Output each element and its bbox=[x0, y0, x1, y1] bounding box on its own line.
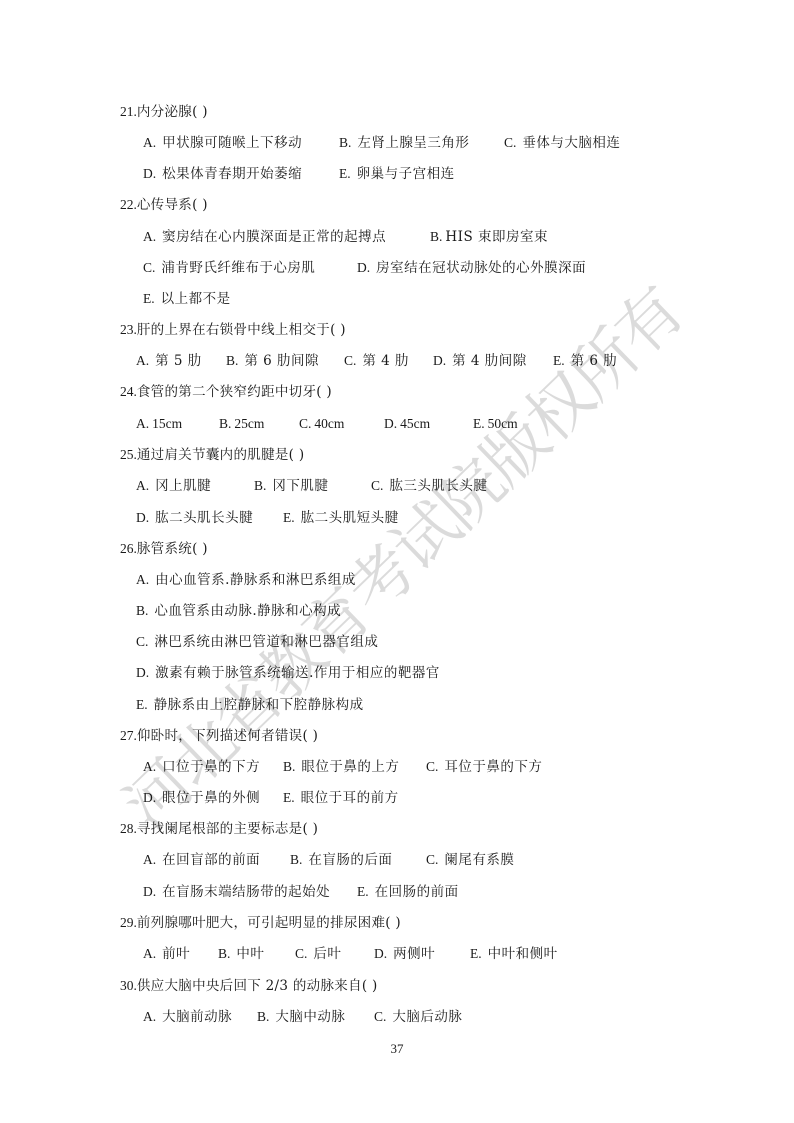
option-text: 冈下肌腱 bbox=[272, 478, 328, 494]
option-text: 在盲肠的后面 bbox=[308, 852, 392, 868]
option-letter: B. bbox=[339, 135, 351, 150]
option-letter: E. bbox=[553, 353, 565, 368]
question-text: 内分泌腺( ) bbox=[137, 104, 208, 120]
question-text: 供应大脑中央后回下 2/3 的动脉来自( ) bbox=[137, 978, 378, 994]
option-text: 中叶 bbox=[236, 946, 264, 962]
option-letter: D. bbox=[357, 260, 370, 275]
option-text: 15cm bbox=[152, 416, 182, 431]
q26-option-a: A.由心血管系.静脉系和淋巴系组成 bbox=[136, 571, 356, 589]
option-text: 肱二头肌短头腱 bbox=[301, 510, 399, 526]
q27-option-b: B.眼位于鼻的上方 bbox=[283, 758, 399, 776]
option-text: 松果体青春期开始萎缩 bbox=[162, 166, 302, 182]
option-letter: D. bbox=[143, 884, 156, 899]
q26-option-b: B.心血管系由动脉.静脉和心构成 bbox=[136, 602, 341, 620]
question-30-stem: 30.供应大脑中央后回下 2/3 的动脉来自( ) bbox=[120, 977, 378, 995]
page-number: 37 bbox=[0, 1041, 794, 1057]
q28-option-e: E.在回肠的前面 bbox=[357, 883, 459, 901]
question-28-stem: 28.寻找阑尾根部的主要标志是( ) bbox=[120, 820, 318, 838]
option-letter: E. bbox=[283, 790, 295, 805]
option-letter: D. bbox=[374, 946, 387, 961]
q27-option-d: D.眼位于鼻的外侧 bbox=[143, 789, 260, 807]
question-text: 脉管系统( ) bbox=[137, 541, 208, 557]
option-letter: A. bbox=[136, 353, 149, 368]
option-letter: A. bbox=[136, 572, 149, 587]
question-text: 食管的第二个狭窄约距中切牙( ) bbox=[137, 384, 332, 400]
option-letter: B. bbox=[226, 353, 238, 368]
option-letter: C. bbox=[299, 416, 311, 431]
option-letter: B. bbox=[218, 946, 230, 961]
option-text: 后叶 bbox=[313, 946, 341, 962]
q23-option-e: E.第 6 肋 bbox=[553, 352, 617, 370]
question-24-stem: 24.食管的第二个狭窄约距中切牙( ) bbox=[120, 383, 332, 401]
option-text: 第 5 肋 bbox=[155, 353, 202, 369]
q24-option-a: A.15cm bbox=[136, 415, 182, 433]
question-text: 仰卧时，下列描述何者错误( ) bbox=[137, 728, 318, 744]
option-text: 窦房结在心内膜深面是正常的起搏点 bbox=[162, 229, 386, 245]
option-text: 眼位于鼻的外侧 bbox=[162, 790, 260, 806]
option-letter: A. bbox=[143, 759, 156, 774]
option-text: 眼位于耳的前方 bbox=[301, 790, 399, 806]
question-number: 23. bbox=[120, 322, 137, 337]
option-text: 40cm bbox=[314, 416, 344, 431]
option-text: 大脑中动脉 bbox=[275, 1009, 345, 1025]
option-letter: A. bbox=[143, 946, 156, 961]
q27-option-a: A.口位于鼻的下方 bbox=[143, 758, 260, 776]
option-text: 口位于鼻的下方 bbox=[162, 759, 260, 775]
option-letter: C. bbox=[344, 353, 356, 368]
option-letter: E. bbox=[470, 946, 482, 961]
option-letter: B. bbox=[290, 852, 302, 867]
question-29-stem: 29.前列腺哪叶肥大，可引起明显的排尿困难( ) bbox=[120, 914, 401, 932]
option-text: 在回肠的前面 bbox=[375, 884, 459, 900]
option-text: 左肾上腺呈三角形 bbox=[357, 135, 469, 151]
option-letter: A. bbox=[143, 852, 156, 867]
question-number: 29. bbox=[120, 915, 137, 930]
option-text: 由心血管系.静脉系和淋巴系组成 bbox=[155, 572, 356, 588]
option-text: 静脉系由上腔静脉和下腔静脉构成 bbox=[154, 697, 364, 713]
q22-option-a: A.窦房结在心内膜深面是正常的起搏点 bbox=[143, 228, 386, 246]
q27-option-e: E.眼位于耳的前方 bbox=[283, 789, 399, 807]
option-text: 淋巴系统由淋巴管道和淋巴器官组成 bbox=[154, 634, 378, 650]
q26-option-c: C.淋巴系统由淋巴管道和淋巴器官组成 bbox=[136, 633, 378, 651]
option-letter: D. bbox=[136, 665, 149, 680]
option-letter: C. bbox=[426, 759, 438, 774]
q27-option-c: C.耳位于鼻的下方 bbox=[426, 758, 542, 776]
option-letter: B. bbox=[254, 478, 266, 493]
option-letter: C. bbox=[295, 946, 307, 961]
option-letter: A. bbox=[136, 478, 149, 493]
q23-option-d: D.第 4 肋间隙 bbox=[433, 352, 527, 370]
q24-option-b: B.25cm bbox=[219, 415, 264, 433]
option-letter: A. bbox=[143, 1009, 156, 1024]
option-text: 浦肯野氏纤维布于心房肌 bbox=[161, 260, 315, 276]
option-text: 阑尾有系膜 bbox=[444, 852, 514, 868]
q29-option-b: B.中叶 bbox=[218, 945, 264, 963]
option-text: 以上都不是 bbox=[161, 291, 231, 307]
option-text: 两侧叶 bbox=[393, 946, 435, 962]
question-22-stem: 22.心传导系( ) bbox=[120, 196, 208, 214]
option-letter: A. bbox=[143, 229, 156, 244]
option-text: 卵巢与子宫相连 bbox=[357, 166, 455, 182]
question-number: 24. bbox=[120, 384, 137, 399]
q23-option-c: C.第 4 肋 bbox=[344, 352, 409, 370]
option-text: 甲状腺可随喉上下移动 bbox=[162, 135, 302, 151]
question-text: 肝的上界在右锁骨中线上相交于( ) bbox=[137, 322, 346, 338]
question-text: 寻找阑尾根部的主要标志是( ) bbox=[137, 821, 318, 837]
question-number: 21. bbox=[120, 104, 137, 119]
option-letter: E. bbox=[143, 291, 155, 306]
q25-option-b: B.冈下肌腱 bbox=[254, 477, 328, 495]
question-25-stem: 25.通过肩关节囊内的肌腱是( ) bbox=[120, 446, 304, 464]
q24-option-d: D.45cm bbox=[384, 415, 430, 433]
option-text: 45cm bbox=[400, 416, 430, 431]
option-text: 肱二头肌长头腱 bbox=[155, 510, 253, 526]
q21-option-c: C.垂体与大脑相连 bbox=[504, 134, 620, 152]
option-text: 大脑后动脉 bbox=[392, 1009, 462, 1025]
q26-option-d: D.激素有赖于脉管系统输送.作用于相应的靶器官 bbox=[136, 664, 440, 682]
q21-option-b: B.左肾上腺呈三角形 bbox=[339, 134, 469, 152]
q25-option-e: E.肱二头肌短头腱 bbox=[283, 509, 399, 527]
question-text: 心传导系( ) bbox=[137, 197, 208, 213]
question-number: 22. bbox=[120, 197, 137, 212]
option-text: 第 4 肋间隙 bbox=[452, 353, 527, 369]
option-text: 耳位于鼻的下方 bbox=[444, 759, 542, 775]
question-number: 28. bbox=[120, 821, 137, 836]
option-letter: D. bbox=[143, 166, 156, 181]
q26-option-e: E.静脉系由上腔静脉和下腔静脉构成 bbox=[136, 696, 364, 714]
q30-option-a: A.大脑前动脉 bbox=[143, 1008, 232, 1026]
q21-option-e: E.卵巢与子宫相连 bbox=[339, 165, 455, 183]
option-text: 激素有赖于脉管系统输送.作用于相应的靶器官 bbox=[155, 665, 440, 681]
q21-option-d: D.松果体青春期开始萎缩 bbox=[143, 165, 302, 183]
option-text: 前叶 bbox=[162, 946, 190, 962]
question-number: 25. bbox=[120, 447, 137, 462]
option-letter: B. bbox=[136, 603, 148, 618]
option-text: 中叶和侧叶 bbox=[488, 946, 558, 962]
option-letter: E. bbox=[473, 416, 485, 431]
option-letter: D. bbox=[384, 416, 397, 431]
q28-option-c: C.阑尾有系膜 bbox=[426, 851, 514, 869]
option-letter: C. bbox=[371, 478, 383, 493]
q24-option-e: E.50cm bbox=[473, 415, 518, 433]
option-letter: E. bbox=[283, 510, 295, 525]
question-27-stem: 27.仰卧时，下列描述何者错误( ) bbox=[120, 727, 318, 745]
option-text: 垂体与大脑相连 bbox=[522, 135, 620, 151]
q30-option-b: B.大脑中动脉 bbox=[257, 1008, 345, 1026]
option-letter: D. bbox=[433, 353, 446, 368]
question-23-stem: 23.肝的上界在右锁骨中线上相交于( ) bbox=[120, 321, 346, 339]
exam-page: 河北省教育考试院版权所有 21.内分泌腺( ) A.甲状腺可随喉上下移动 B.左… bbox=[0, 0, 794, 1123]
option-text: 第 4 肋 bbox=[362, 353, 409, 369]
q22-option-d: D.房室结在冠状动脉处的心外膜深面 bbox=[357, 259, 586, 277]
question-21-stem: 21.内分泌腺( ) bbox=[120, 103, 208, 121]
option-letter: C. bbox=[504, 135, 516, 150]
q25-option-c: C.肱三头肌长头腱 bbox=[371, 477, 487, 495]
option-text: HIS 束即房室束 bbox=[445, 229, 548, 245]
question-number: 30. bbox=[120, 978, 137, 993]
option-letter: C. bbox=[136, 634, 148, 649]
option-letter: B. bbox=[430, 229, 442, 244]
question-number: 26. bbox=[120, 541, 137, 556]
option-letter: E. bbox=[136, 697, 148, 712]
option-text: 第 6 肋间隙 bbox=[244, 353, 319, 369]
option-letter: A. bbox=[136, 416, 149, 431]
question-text: 前列腺哪叶肥大，可引起明显的排尿困难( ) bbox=[137, 915, 401, 931]
q28-option-b: B.在盲肠的后面 bbox=[290, 851, 392, 869]
option-text: 25cm bbox=[234, 416, 264, 431]
question-text: 通过肩关节囊内的肌腱是( ) bbox=[137, 447, 305, 463]
option-text: 冈上肌腱 bbox=[155, 478, 211, 494]
question-26-stem: 26.脉管系统( ) bbox=[120, 540, 208, 558]
option-letter: B. bbox=[257, 1009, 269, 1024]
q28-option-a: A.在回盲部的前面 bbox=[143, 851, 260, 869]
option-letter: E. bbox=[357, 884, 369, 899]
q25-option-a: A.冈上肌腱 bbox=[136, 477, 211, 495]
q29-option-a: A.前叶 bbox=[143, 945, 190, 963]
q29-option-c: C.后叶 bbox=[295, 945, 341, 963]
option-letter: C. bbox=[143, 260, 155, 275]
option-text: 眼位于鼻的上方 bbox=[301, 759, 399, 775]
option-letter: D. bbox=[136, 510, 149, 525]
q29-option-e: E.中叶和侧叶 bbox=[470, 945, 558, 963]
option-text: 在盲肠末端结肠带的起始处 bbox=[162, 884, 330, 900]
option-letter: B. bbox=[219, 416, 231, 431]
option-letter: A. bbox=[143, 135, 156, 150]
option-letter: D. bbox=[143, 790, 156, 805]
option-letter: E. bbox=[339, 166, 351, 181]
q22-option-e: E.以上都不是 bbox=[143, 290, 231, 308]
q24-option-c: C.40cm bbox=[299, 415, 344, 433]
q29-option-d: D.两侧叶 bbox=[374, 945, 435, 963]
q30-option-c: C.大脑后动脉 bbox=[374, 1008, 462, 1026]
q21-option-a: A.甲状腺可随喉上下移动 bbox=[143, 134, 302, 152]
option-text: 大脑前动脉 bbox=[162, 1009, 232, 1025]
option-text: 在回盲部的前面 bbox=[162, 852, 260, 868]
option-letter: C. bbox=[426, 852, 438, 867]
q25-option-d: D.肱二头肌长头腱 bbox=[136, 509, 253, 527]
option-letter: C. bbox=[374, 1009, 386, 1024]
q22-option-c: C.浦肯野氏纤维布于心房肌 bbox=[143, 259, 315, 277]
q28-option-d: D.在盲肠末端结肠带的起始处 bbox=[143, 883, 330, 901]
option-letter: B. bbox=[283, 759, 295, 774]
option-text: 肱三头肌长头腱 bbox=[389, 478, 487, 494]
option-text: 第 6 肋 bbox=[571, 353, 618, 369]
option-text: 50cm bbox=[488, 416, 518, 431]
option-text: 心血管系由动脉.静脉和心构成 bbox=[154, 603, 341, 619]
question-number: 27. bbox=[120, 728, 137, 743]
q23-option-b: B.第 6 肋间隙 bbox=[226, 352, 319, 370]
option-text: 房室结在冠状动脉处的心外膜深面 bbox=[376, 260, 586, 276]
q23-option-a: A.第 5 肋 bbox=[136, 352, 202, 370]
q22-option-b: B.HIS 束即房室束 bbox=[430, 228, 548, 246]
